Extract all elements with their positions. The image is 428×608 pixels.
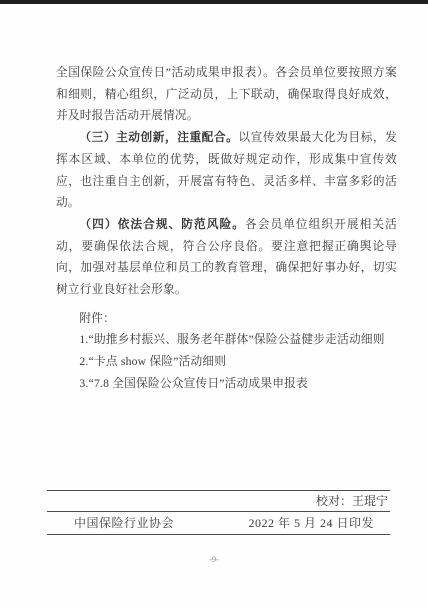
page-number: -9- — [0, 555, 428, 564]
issuer-line: 中国保险行业协会 2022 年 5 月 24 日印发 — [47, 512, 390, 534]
paragraph-text: 全国保险公众宣传日”活动成果申报表）。各会员单位要按照方案和细则，精心组织，广泛… — [56, 66, 397, 122]
print-date: 2022 年 5 月 24 日印发 — [248, 512, 374, 534]
paragraph-item-3: （三）主动创新，注重配合。以宣传效果最大化为目标，发挥本区域、本单位的优势，既做… — [56, 127, 397, 214]
paragraph-lead-bold: （四）依法合规、防范风险。 — [79, 218, 245, 231]
attachment-item: 3.“7.8 全国保险公众宣传日”活动成果申报表 — [56, 373, 397, 395]
document-body: 全国保险公众宣传日”活动成果申报表）。各会员单位要按照方案和细则，精心组织，广泛… — [56, 62, 397, 395]
scan-edge-bar — [0, 0, 428, 4]
attachments-section: 附件： 1.“助推乡村振兴、服务老年群体”保险公益健步走活动细则 2.“卡点 s… — [56, 308, 397, 395]
attachment-item: 2.“卡点 show 保险”活动细则 — [56, 351, 397, 373]
paragraph-continuation: 全国保险公众宣传日”活动成果申报表）。各会员单位要按照方案和细则，精心组织，广泛… — [56, 62, 397, 127]
footer-divider-bottom — [47, 534, 390, 535]
attachment-item: 1.“助推乡村振兴、服务老年群体”保险公益健步走活动细则 — [56, 329, 397, 351]
paragraph-item-4: （四）依法合规、防范风险。各会员单位组织开展相关活动，要确保依法合规，符合公序良… — [56, 214, 397, 301]
issuer-name: 中国保险行业协会 — [74, 512, 174, 534]
paragraph-lead-bold: （三）主动创新，注重配合。 — [79, 131, 238, 144]
attachments-label: 附件： — [56, 308, 397, 330]
proofreader-line: 校对：王琨宁 — [47, 491, 390, 511]
document-page: 全国保险公众宣传日”活动成果申报表）。各会员单位要按照方案和细则，精心组织，广泛… — [0, 0, 428, 608]
document-footer: 校对：王琨宁 中国保险行业协会 2022 年 5 月 24 日印发 — [47, 490, 390, 535]
